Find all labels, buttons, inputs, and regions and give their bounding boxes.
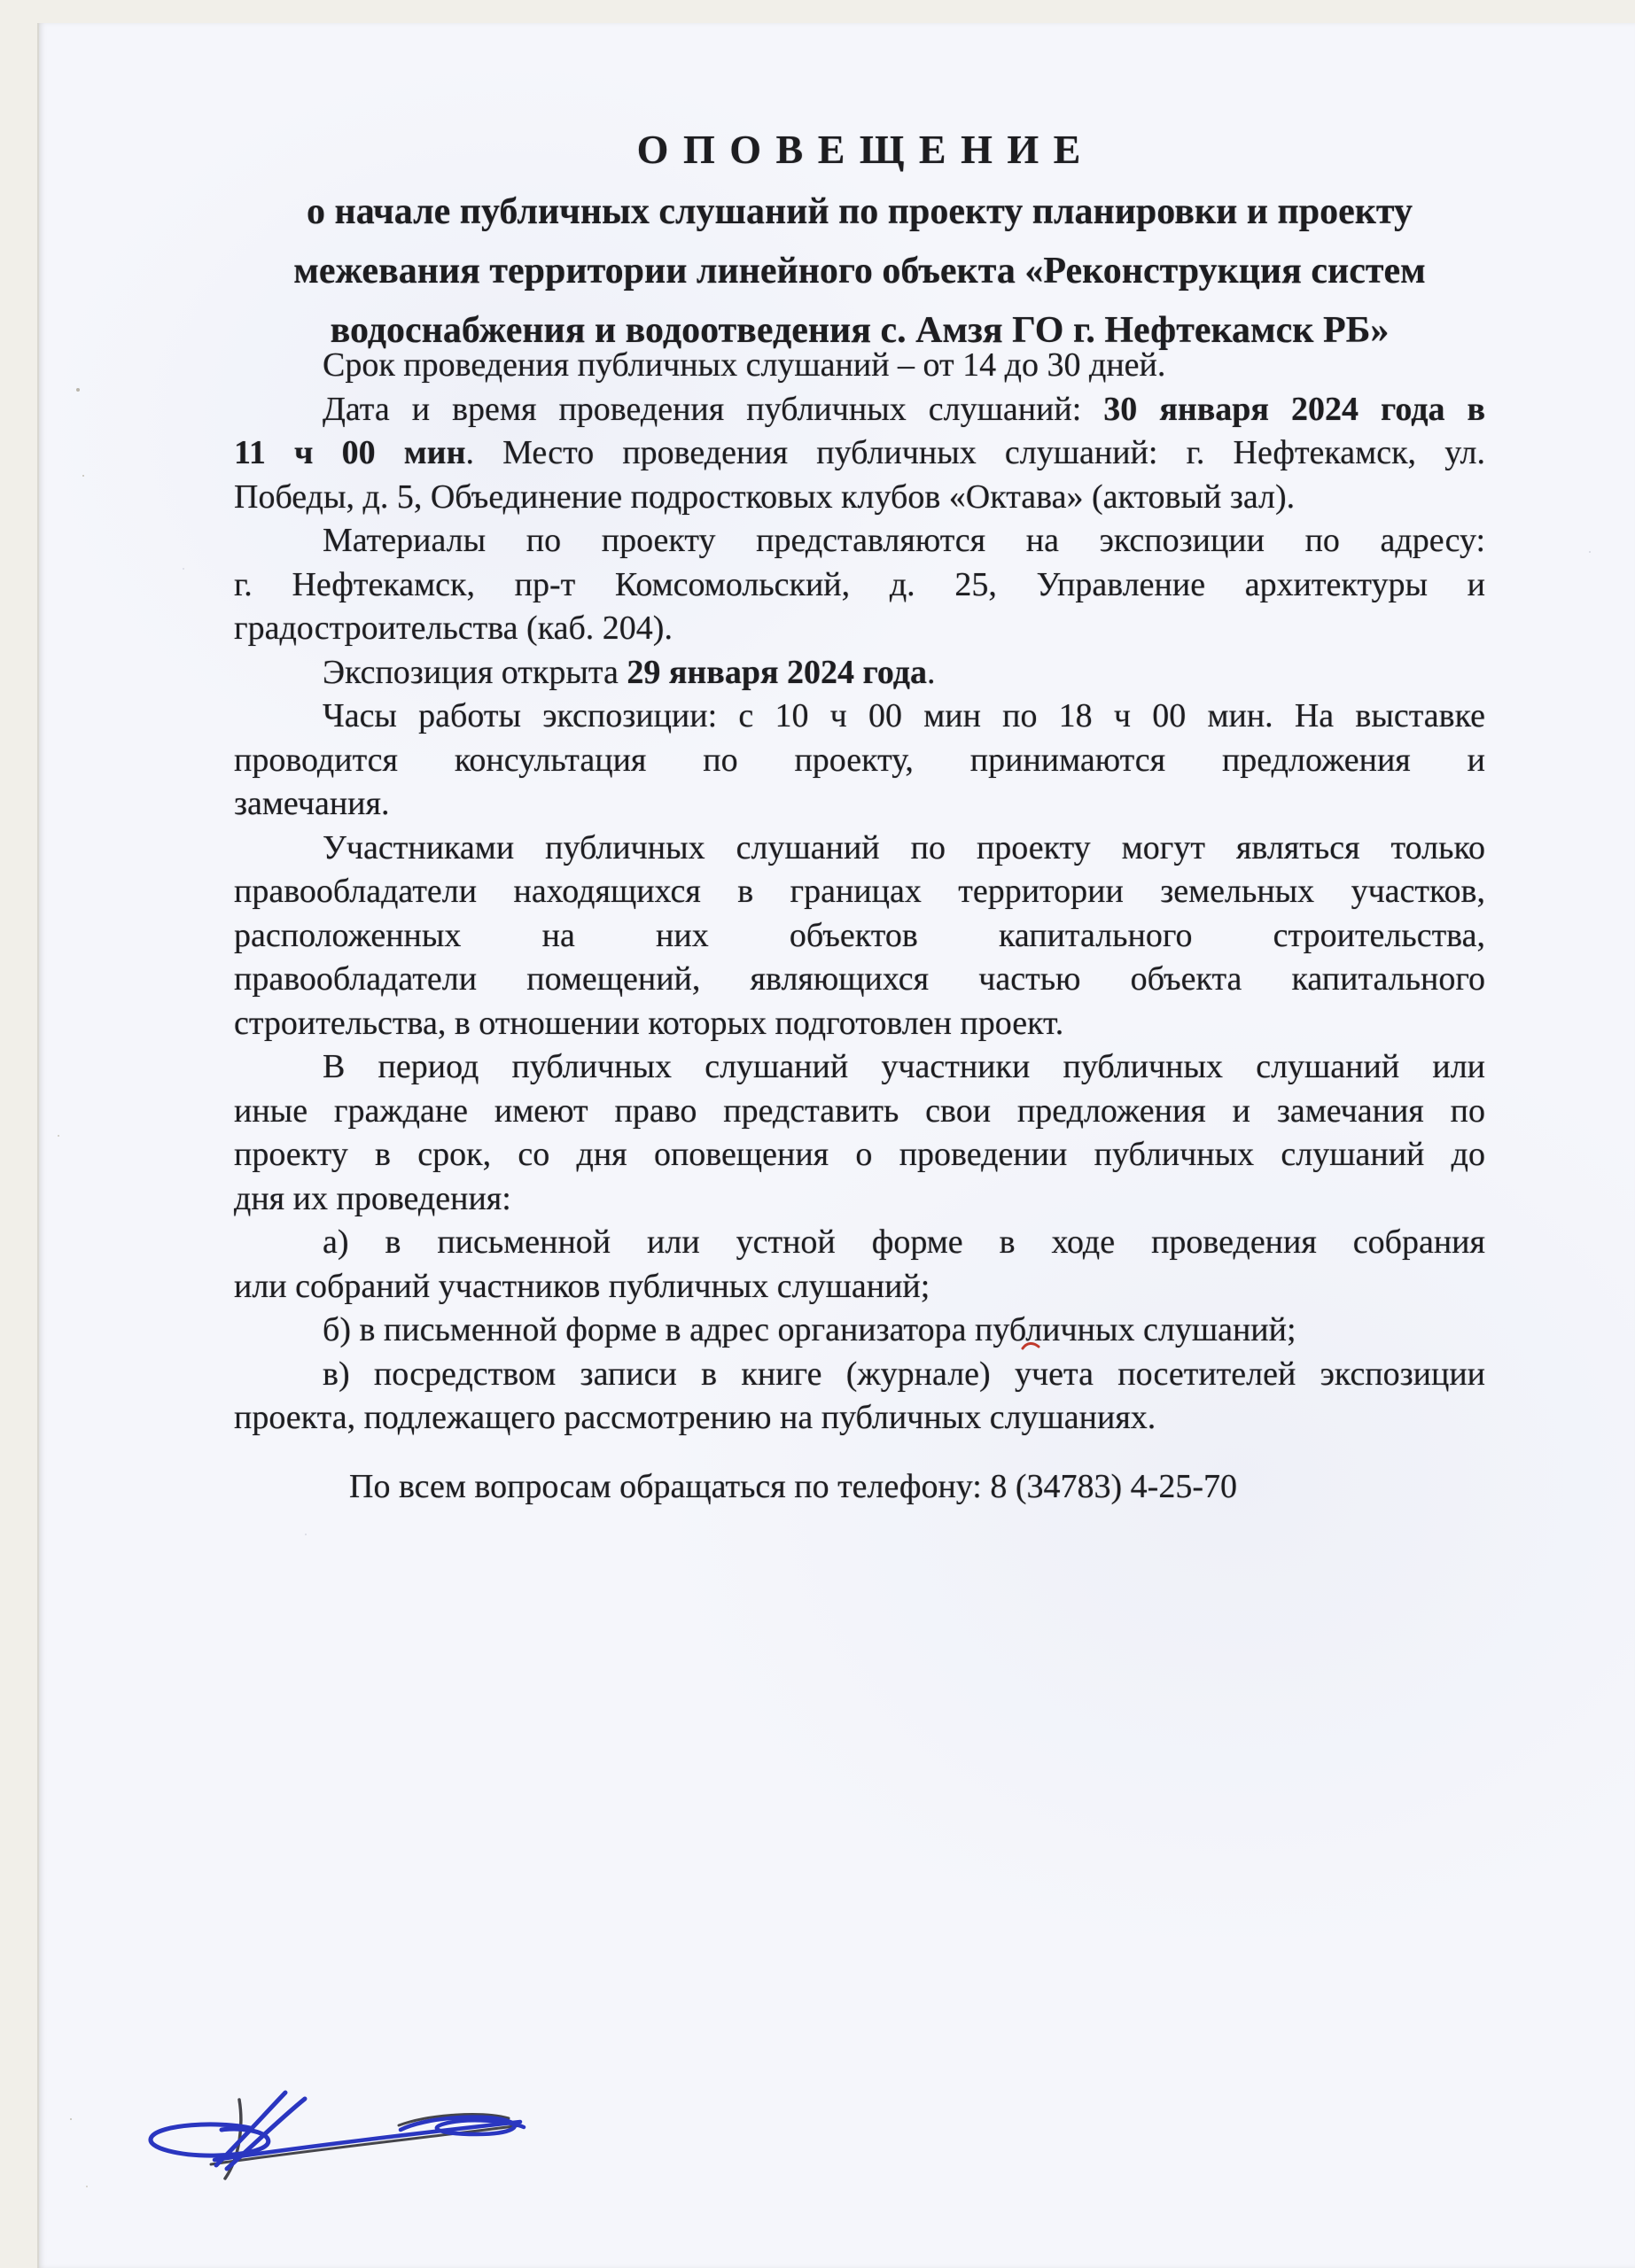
red-ink-artifact (1021, 1340, 1040, 1352)
text-line: Часы работы экспозиции: с 10 ч 00 мин по… (234, 695, 1485, 739)
text-run: градостроительства (каб. 204). (234, 610, 673, 647)
text-line: проводится консультация по проекту, прин… (234, 739, 1485, 783)
text-run: а) в письменной или устной форме в ходе … (323, 1223, 1485, 1261)
text-run: в) посредством записи в книге (журнале) … (323, 1355, 1485, 1393)
text-run: Часы работы экспозиции: с 10 ч 00 мин по… (323, 697, 1485, 734)
text-run: Победы, д. 5, Объединение подростковых к… (234, 478, 1295, 516)
handwritten-signature (133, 2075, 541, 2190)
document-body: Срок проведения публичных слушаний – от … (234, 344, 1485, 1441)
subtitle-line: межевания территории линейного объекта «… (234, 242, 1485, 301)
text-run: Материалы по проекту представляются на э… (323, 522, 1485, 559)
text-line: проекта, подлежащего рассмотрению на пуб… (234, 1396, 1485, 1441)
text-run: проекту в срок, со дня оповещения о пров… (234, 1136, 1485, 1173)
bold-text-run: 11 ч 00 мин (234, 434, 465, 471)
text-run: Дата и время проведения публичных слушан… (323, 391, 1103, 428)
text-run: . (927, 654, 936, 691)
text-run: или собраний участников публичных слушан… (234, 1268, 930, 1305)
text-run: Экспозиция открыта (323, 654, 627, 691)
text-line: или собраний участников публичных слушан… (234, 1265, 1485, 1309)
text-line: б) в письменной форме в адрес организато… (234, 1309, 1485, 1353)
bold-text-run: 29 января 2024 года (627, 654, 927, 691)
text-line: В период публичных слушаний участники пу… (234, 1045, 1485, 1090)
contact-line: По всем вопросам обращаться по телефону:… (349, 1467, 1237, 1506)
text-run: дня их проведения: (234, 1180, 511, 1217)
text-line: Экспозиция открыта 29 января 2024 года. (234, 651, 1485, 695)
text-line: 11 ч 00 мин. Место проведения публичных … (234, 431, 1485, 476)
text-line: Срок проведения публичных слушаний – от … (234, 344, 1485, 388)
text-run: . Место проведения публичных слушаний: г… (465, 434, 1485, 471)
text-line: Победы, д. 5, Объединение подростковых к… (234, 476, 1485, 520)
text-line: расположенных на них объектов капитально… (234, 914, 1485, 959)
bold-text-run: 30 января 2024 года в (1103, 391, 1485, 428)
document-title: О П О В Е Щ Е Н И Е (234, 126, 1485, 173)
text-line: в) посредством записи в книге (журнале) … (234, 1353, 1485, 1397)
text-line: правообладатели помещений, являющихся ча… (234, 958, 1485, 1002)
red-ink-stroke (1023, 1343, 1039, 1348)
text-line: правообладатели находящихся в границах т… (234, 870, 1485, 914)
text-line: иные граждане имеют право представить св… (234, 1090, 1485, 1134)
text-run: иные граждане имеют право представить св… (234, 1092, 1485, 1130)
text-line: Дата и время проведения публичных слушан… (234, 388, 1485, 432)
text-line: г. Нефтекамск, пр-т Комсомольский, д. 25… (234, 563, 1485, 608)
text-line: Участниками публичных слушаний по проект… (234, 827, 1485, 871)
text-line: Материалы по проекту представляются на э… (234, 519, 1485, 563)
text-run: правообладатели помещений, являющихся ча… (234, 960, 1485, 998)
text-run: б) в письменной форме в адрес организато… (323, 1311, 1296, 1348)
text-run: расположенных на них объектов капитально… (234, 917, 1485, 954)
text-line: дня их проведения: (234, 1177, 1485, 1222)
text-run: замечания. (234, 785, 389, 822)
scanner-background: О П О В Е Щ Е Н И Е о начале публичных с… (0, 0, 1635, 2268)
text-run: Срок проведения публичных слушаний – от … (323, 346, 1165, 384)
text-line: строительства, в отношении которых подго… (234, 1002, 1485, 1046)
text-line: замечания. (234, 782, 1485, 827)
text-line: градостроительства (каб. 204). (234, 607, 1485, 651)
text-run: Участниками публичных слушаний по проект… (323, 829, 1485, 866)
paper-speck (76, 388, 80, 392)
text-run: строительства, в отношении которых подго… (234, 1005, 1063, 1042)
text-run: г. Нефтекамск, пр-т Комсомольский, д. 25… (234, 566, 1485, 603)
text-run: проводится консультация по проекту, прин… (234, 742, 1485, 779)
text-run: В период публичных слушаний участники пу… (323, 1048, 1485, 1085)
text-run: проекта, подлежащего рассмотрению на пуб… (234, 1399, 1156, 1436)
subtitle-line: о начале публичных слушаний по проекту п… (234, 183, 1485, 242)
text-line: а) в письменной или устной форме в ходе … (234, 1221, 1485, 1265)
document-subtitle: о начале публичных слушаний по проекту п… (234, 183, 1485, 361)
text-line: проекту в срок, со дня оповещения о пров… (234, 1133, 1485, 1177)
text-run: правообладатели находящихся в границах т… (234, 873, 1485, 910)
